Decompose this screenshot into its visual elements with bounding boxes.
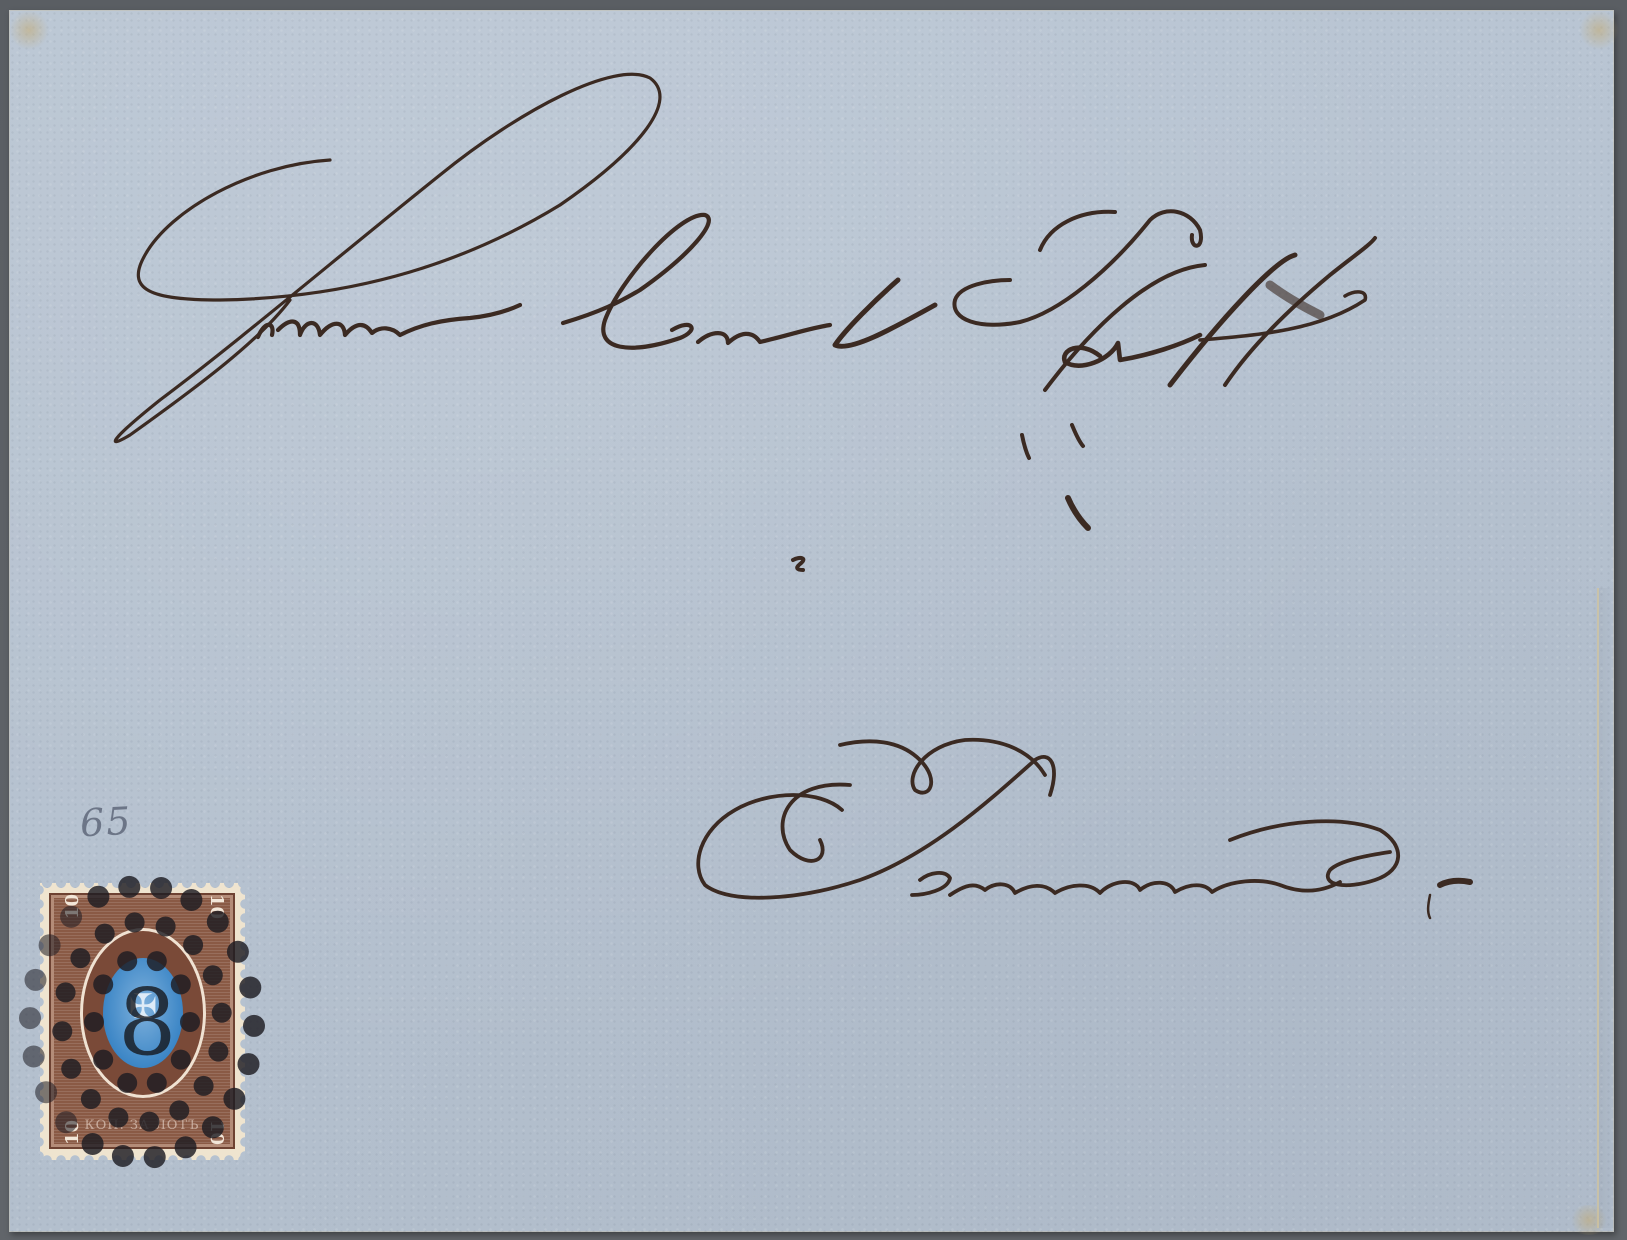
stamp-corner-value: 10 (206, 894, 227, 919)
stamp-corner-value: 10 (62, 894, 83, 919)
corner-stain (9, 10, 49, 50)
stamp-legend: КОП. ЗА ЛОТЪ (56, 1118, 228, 1133)
cancel-numeral: 8 (118, 968, 174, 1078)
pencil-note: 65 (79, 799, 134, 846)
corner-stain (1579, 10, 1619, 50)
envelope-flap-edge (1597, 588, 1615, 1228)
envelope (9, 10, 1614, 1232)
